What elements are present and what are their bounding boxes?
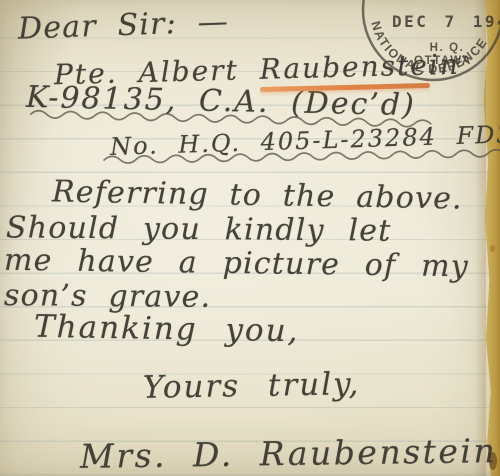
letter-photo: Dear Sir: — Pte. Albert Raubenstein K-98… <box>0 0 500 476</box>
body-line-2: Should you kindly let <box>6 213 392 246</box>
signature-line: Mrs. D. Raubenstein <box>80 434 498 473</box>
paper-stain <box>490 245 495 252</box>
salutation-line: Dear Sir: — <box>18 7 230 44</box>
closing-line: Yours truly, <box>143 369 361 404</box>
body-line-1: Referring to the above. <box>52 177 463 214</box>
body-line-5: Thanking you, <box>34 312 300 348</box>
body-line-3: me have a picture of my <box>4 246 469 282</box>
